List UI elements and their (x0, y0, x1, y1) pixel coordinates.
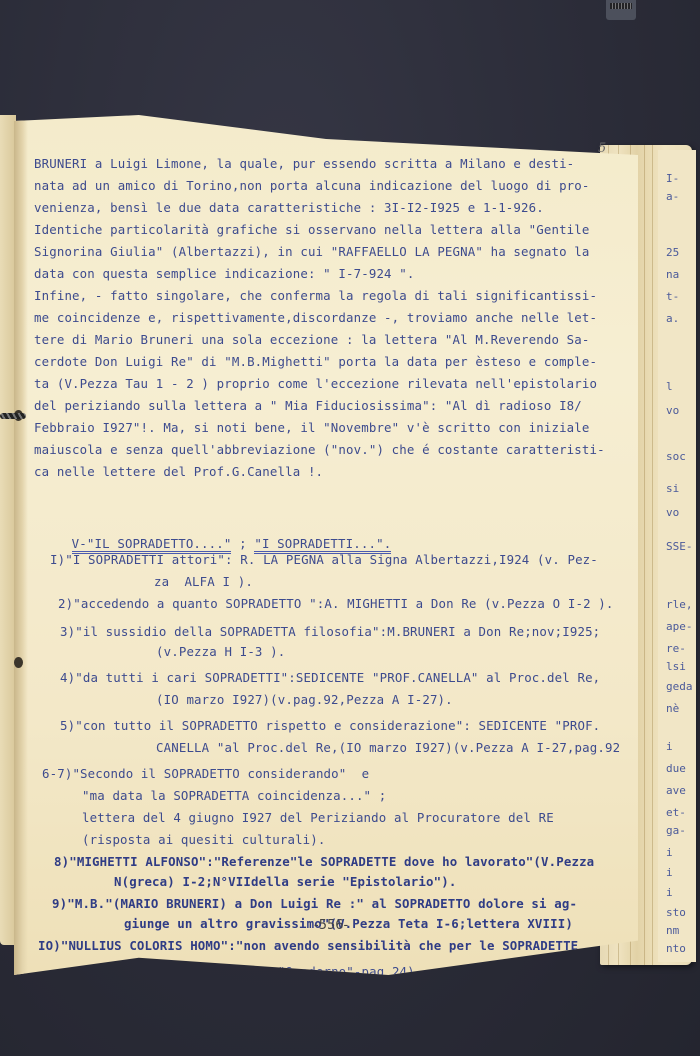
list-item-4-cont: (IO marzo I927)(v.pag.92,Pezza A I-27). (156, 689, 453, 711)
list-item-6-7-cont: lettera del 4 giugno I927 del Periziando… (82, 807, 554, 829)
fragment: geda (666, 680, 693, 693)
list-item-10-cont: cose materiali..."(V."Quaderno"-pag 24). (118, 961, 422, 983)
list-item-8-cont: N(greca) I-2;N°VIIdella serie "Epistolar… (114, 871, 456, 893)
list-item-5: 5)"con tutto il SOPRADETTO rispetto e co… (60, 715, 600, 737)
document-text: BRUNERI a Luigi Limone, la quale, pur es… (14, 115, 44, 1056)
text-line: me coincidenze e, rispettivamente,discor… (34, 307, 597, 329)
fragment: SSE- (666, 540, 693, 553)
fragment: i (666, 886, 673, 899)
fragment: due (666, 762, 686, 775)
text-line: del periziando sulla lettera a " Mia Fid… (34, 395, 582, 417)
fragment: a. (666, 312, 679, 325)
fragment: i (666, 740, 673, 753)
fragment: sto (666, 906, 686, 919)
fragment: lsi (666, 660, 686, 673)
fragment: a- (666, 190, 679, 203)
list-item-1-cont: za ALFA I ). (154, 571, 253, 593)
binding-hole (14, 657, 23, 668)
adjacent-page-fragment: I- a- 25 na t- a. l vo soc si vo SSE- rl… (658, 150, 696, 962)
text-line: ca nelle lettere del Prof.G.Canella !. (34, 461, 323, 483)
text-line: ta (V.Pezza Tau 1 - 2 ) proprio come l'e… (34, 373, 597, 395)
previous-page-edge (0, 115, 16, 945)
text-line: cerdote Don Luigi Re" di "M.B.Mighetti" … (34, 351, 597, 373)
fragment: si (666, 482, 679, 495)
list-item-10: IO)"NULLIUS COLORIS HOMO":"non avendo se… (38, 935, 578, 957)
text-line: Identiche particolarità grafiche si osse… (34, 219, 590, 241)
fragment: t- (666, 290, 679, 303)
fragment: nè (666, 702, 679, 715)
fragment: l (666, 380, 673, 393)
text-line: BRUNERI a Luigi Limone, la quale, pur es… (34, 153, 574, 175)
list-item-3-cont: (v.Pezza H I-3 ). (156, 641, 285, 663)
fragment: ave (666, 784, 686, 797)
pencil-page-mark: 5 (598, 141, 606, 156)
text-line: Signorina Giulia" (Albertazzi), in cui "… (34, 241, 590, 263)
fragment: I- (666, 172, 679, 185)
list-item-9: 9)"M.B."(MARIO BRUNERI) a Don Luigi Re :… (52, 893, 577, 915)
list-item-6-7-cont: "ma data la SOPRADETTA coincidenza..." ; (82, 785, 386, 807)
text-line: data con questa semplice indicazione: " … (34, 263, 415, 285)
text-line: Infine, - fatto singolare, che conferma … (34, 285, 597, 307)
binding-string (0, 413, 26, 419)
list-item-5-cont: CANELLA "al Proc.del Re,(IO marzo I927)(… (156, 737, 620, 759)
list-item-2: 2)"accedendo a quanto SOPRADETTO ":A. MI… (58, 593, 614, 615)
list-item-6-7-cont: (risposta ai quesiti culturali). (82, 829, 326, 851)
text-line: Febbraio I927"!. Ma, si noti bene, il "N… (34, 417, 590, 439)
list-item-1: I)"I SOPRADETTI attori": R. LA PEGNA all… (50, 549, 598, 571)
fragment: et- (666, 806, 686, 819)
fragment: vo (666, 506, 679, 519)
text-line: maiuscola e senza quell'abbreviazione ("… (34, 439, 605, 461)
list-item-4: 4)"da tutti i cari SOPRADETTI":SEDICENTE… (60, 667, 600, 689)
fragment: nm (666, 924, 679, 937)
fragment: 25 (666, 246, 679, 259)
list-item-6-7: 6-7)"Secondo il SOPRADETTO considerando"… (42, 763, 369, 785)
fragment: nto (666, 942, 686, 955)
text-line: tere di Mario Bruneri una sola eccezione… (34, 329, 590, 351)
list-item-9-cont: giunge un altro gravissimo"(V.Pezza Teta… (124, 913, 573, 935)
list-item-3: 3)"il sussidio della SOPRADETTA filosofi… (60, 621, 600, 643)
text-line: venienza, bensì le due data caratteristi… (34, 197, 544, 219)
document-page: BRUNERI a Luigi Limone, la quale, pur es… (14, 115, 638, 975)
fragment: re- (666, 642, 686, 655)
page-number: -556- (314, 918, 348, 933)
archive-label-tag (606, 0, 636, 20)
fragment: ga- (666, 824, 686, 837)
text-line: nata ad un amico di Torino,non porta alc… (34, 175, 590, 197)
fragment: ape- (666, 620, 693, 633)
fragment: soc (666, 450, 686, 463)
fragment: na (666, 268, 679, 281)
list-item-8: 8)"MIGHETTI ALFONSO":"Referenze"le SOPRA… (54, 851, 594, 873)
fragment: i (666, 846, 673, 859)
fragment: i (666, 866, 673, 879)
fragment: vo (666, 404, 679, 417)
fragment: rle, (666, 598, 693, 611)
